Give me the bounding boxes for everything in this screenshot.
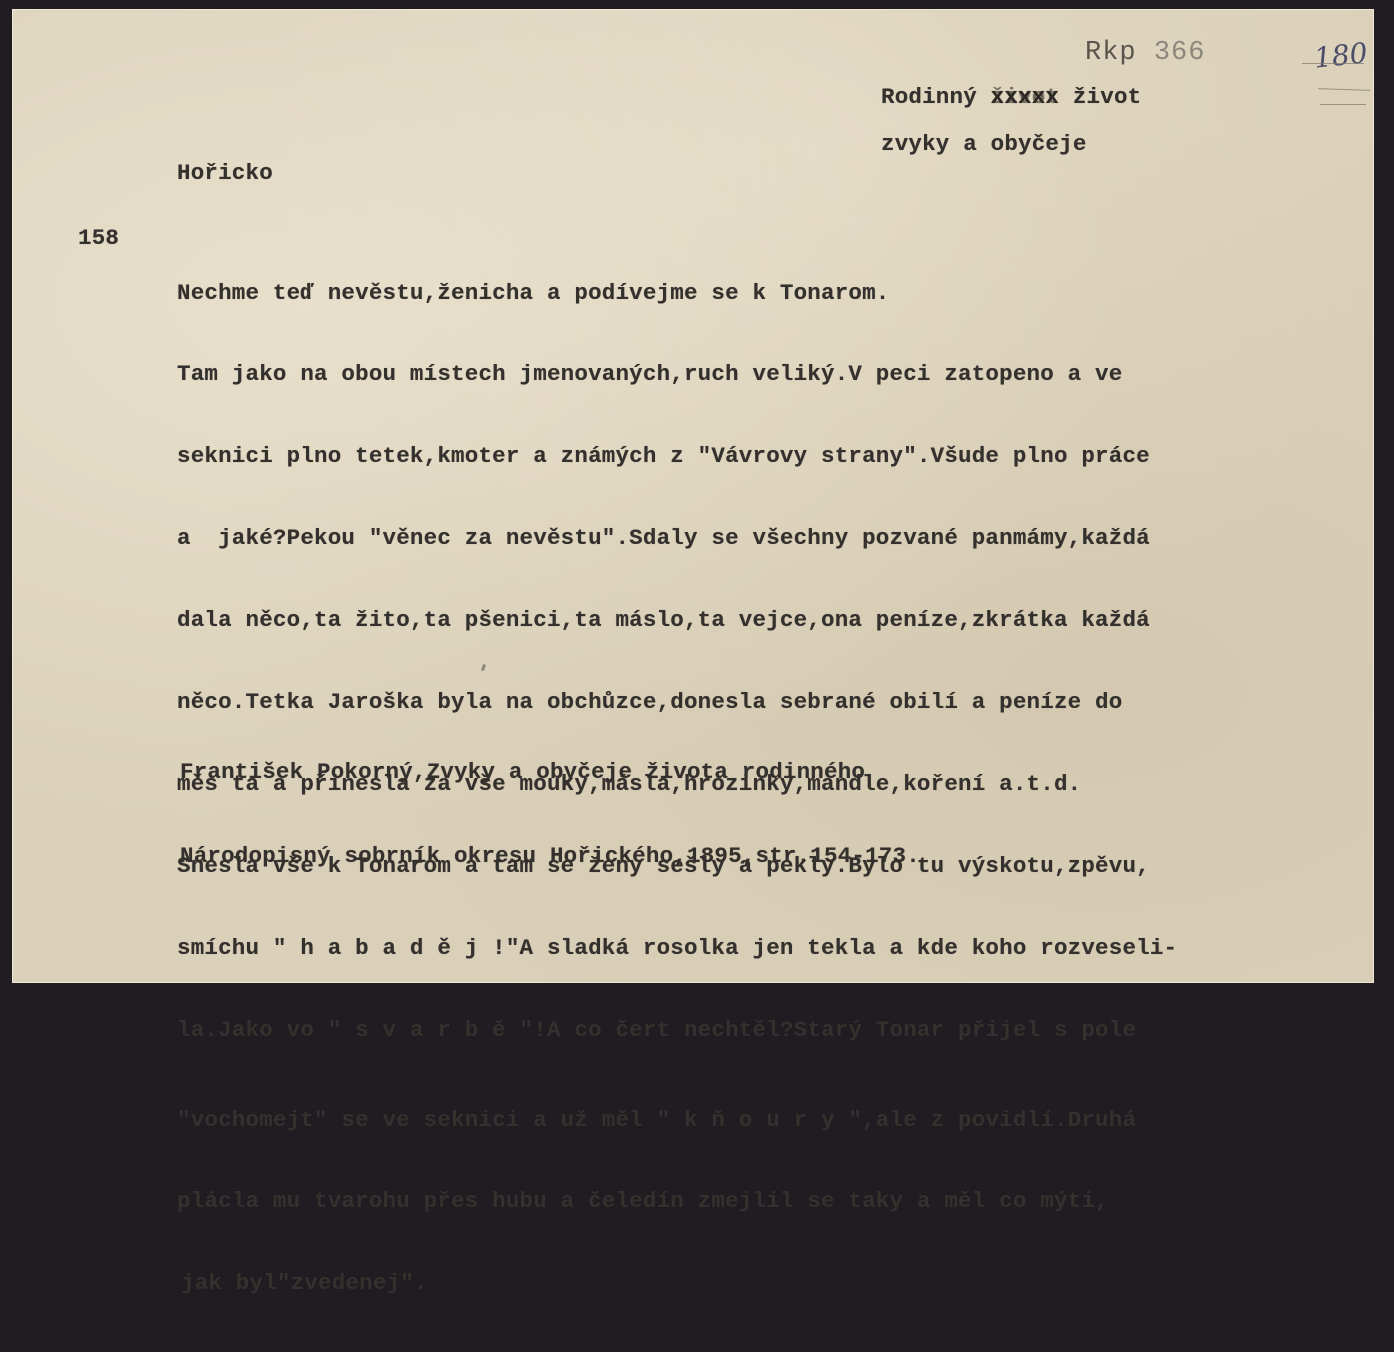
body-line: Tam jako na obou místech jmenovaných,ruc… bbox=[177, 361, 1177, 388]
category-subheading: zvyky a obyčeje bbox=[881, 131, 1087, 158]
item-number: 158 bbox=[78, 225, 119, 252]
handwritten-number: 180 bbox=[1312, 36, 1369, 74]
archive-stamp: Rkp 366 bbox=[1085, 38, 1205, 68]
body-line: seknici plno tetek,kmoter a známých z "V… bbox=[177, 443, 1177, 470]
source-citation: František Pokorný,Zvyky a obyčeje života… bbox=[180, 702, 920, 926]
citation-publication: Národopisný sobrník okresu Hořického,189… bbox=[180, 842, 920, 870]
pencil-mark bbox=[1302, 63, 1364, 64]
body-line: Nechme teď nevěstu,ženicha a podívejme s… bbox=[177, 280, 1177, 307]
body-line: dala něco,ta žito,ta pšenici,ta máslo,ta… bbox=[177, 607, 1177, 634]
stamp-number: 366 bbox=[1154, 38, 1206, 68]
category-word-1: Rodinný bbox=[881, 84, 991, 110]
stamp-prefix: Rkp bbox=[1085, 38, 1137, 68]
region-name: Hořicko bbox=[177, 160, 273, 187]
body-line: smíchu " h a b a d ě j !"A sladká rosolk… bbox=[177, 935, 1177, 962]
body-line: a jaké?Pekou "věnec za nevěstu".Sdaly se… bbox=[177, 525, 1177, 552]
category-word-2: život bbox=[1059, 84, 1141, 110]
struck-out-word: život bbox=[991, 84, 1060, 111]
archive-index-card: Rkp 366 180 Rodinný život život zvyky a … bbox=[12, 9, 1374, 983]
pencil-mark bbox=[1320, 104, 1366, 105]
category-heading: Rodinný život život bbox=[881, 84, 1141, 111]
pencil-mark bbox=[1318, 88, 1370, 91]
citation-author-title: František Pokorný,Zvyky a obyčeje života… bbox=[180, 758, 920, 786]
